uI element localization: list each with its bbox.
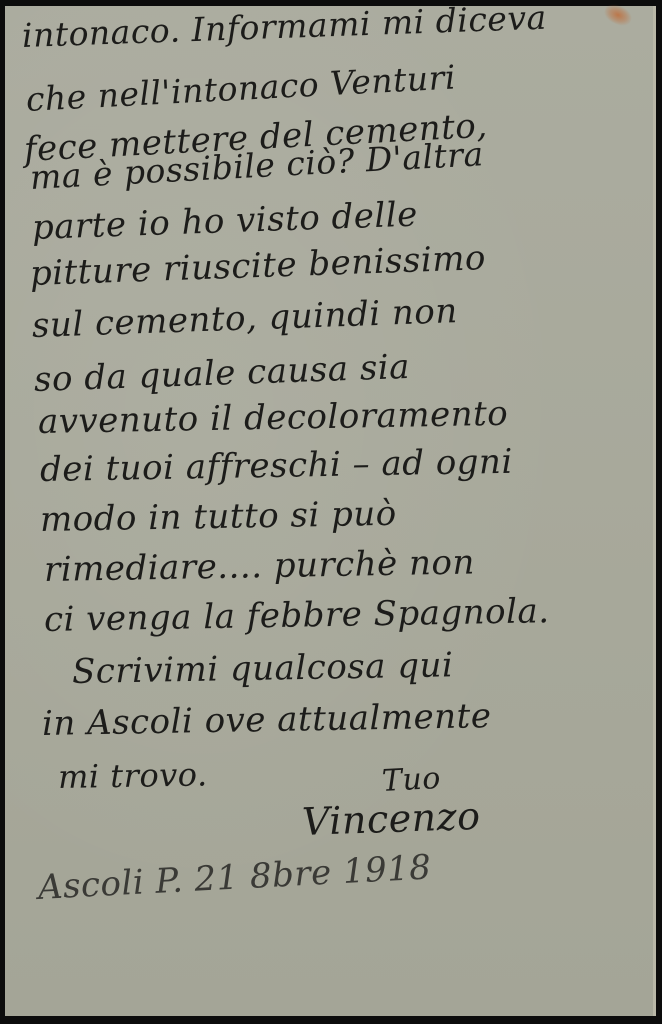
- letter-line-15: in Ascoli ove attualmente: [42, 696, 492, 744]
- letter-line-9: avvenuto il decoloramento: [38, 394, 509, 442]
- letter-line-14: Scrivimi qualcosa qui: [72, 645, 454, 692]
- letter-line-12: rimediare.... purchè non: [44, 542, 475, 590]
- signature: Vincenzo: [301, 794, 481, 844]
- letter-line-16: mi trovo.: [58, 755, 208, 796]
- letter-line-11: modo in tutto si può: [40, 494, 397, 540]
- closing-word: Tuo: [381, 761, 442, 799]
- letter-line-10: dei tuoi affreschi – ad ogni: [40, 442, 513, 490]
